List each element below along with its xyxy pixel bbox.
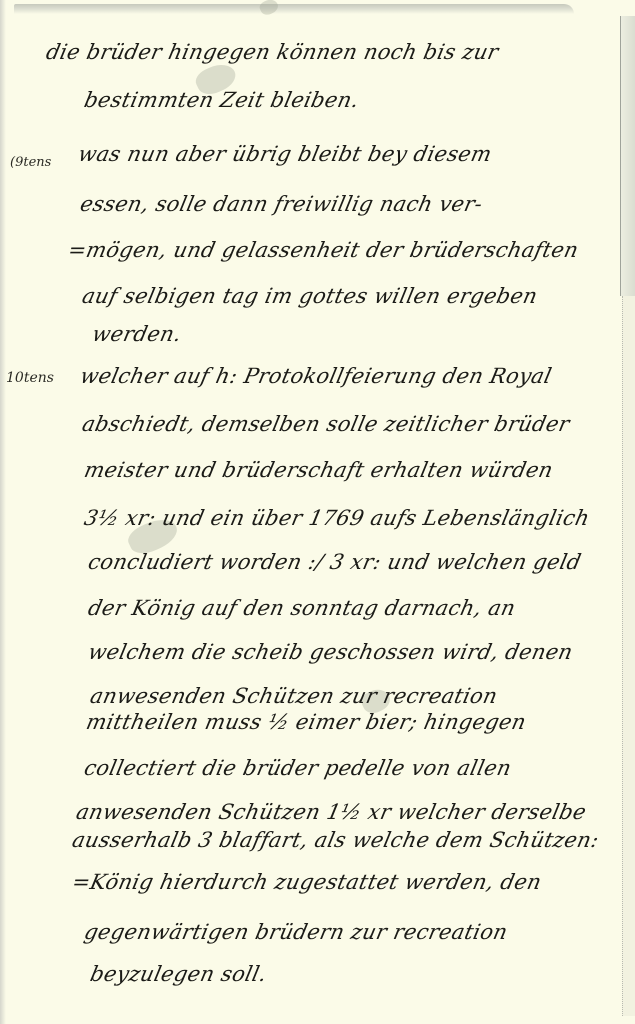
text-line: collectiert die brüder pedelle von allen (82, 756, 514, 780)
text-line: welchem die scheib geschossen wird, dene… (86, 640, 575, 664)
text-line: was nun aber übrig bleibt bey diesem (76, 142, 494, 166)
text-line: 3½ xr: und ein über 1769 aufs Lebensläng… (82, 506, 592, 530)
text-line: ausserhalb 3 blaffart, als welche dem Sc… (70, 828, 601, 852)
text-line: der König auf den sonntag darnach, an (86, 596, 518, 620)
margin-note: 10tens (6, 370, 54, 386)
text-line: auf selbigen tag im gottes willen ergebe… (80, 284, 540, 308)
page-right-edge (622, 296, 635, 1016)
page-top-shadow (14, 4, 574, 14)
text-line: bestimmten Zeit bleiben. (82, 88, 361, 112)
text-line: die brüder hingegen können noch bis zur (44, 40, 501, 64)
page-right-edge-fold (620, 16, 635, 296)
text-line: abschiedt, demselben solle zeitlicher br… (80, 412, 572, 436)
text-line: welcher auf h: Protokollfeierung den Roy… (78, 364, 554, 388)
text-line: mittheilen muss ½ eimer bier; hingegen (84, 710, 528, 734)
page-left-edge (0, 0, 6, 1024)
text-line: werden. (90, 322, 184, 346)
text-line: beyzulegen soll. (88, 962, 269, 986)
margin-note: (9tens (10, 155, 51, 170)
manuscript-page: (9tens 10tens die brüder hingegen können… (0, 0, 635, 1024)
text-line: anwesenden Schützen 1½ xr welcher dersel… (74, 800, 588, 824)
text-line: =König hierdurch zugestattet werden, den (70, 870, 544, 894)
text-line: gegenwärtigen brüdern zur recreation (82, 920, 510, 944)
text-line: essen, solle dann freiwillig nach ver- (78, 192, 485, 216)
text-line: meister und brüderschaft erhalten würden (82, 458, 555, 482)
ink-stain (258, 0, 280, 17)
text-line: concludiert worden :/ 3 xr: und welchen … (86, 550, 583, 574)
text-line: =mögen, und gelassenheit der brüderschaf… (66, 238, 581, 262)
text-line: anwesenden Schützen zur recreation (88, 684, 500, 708)
